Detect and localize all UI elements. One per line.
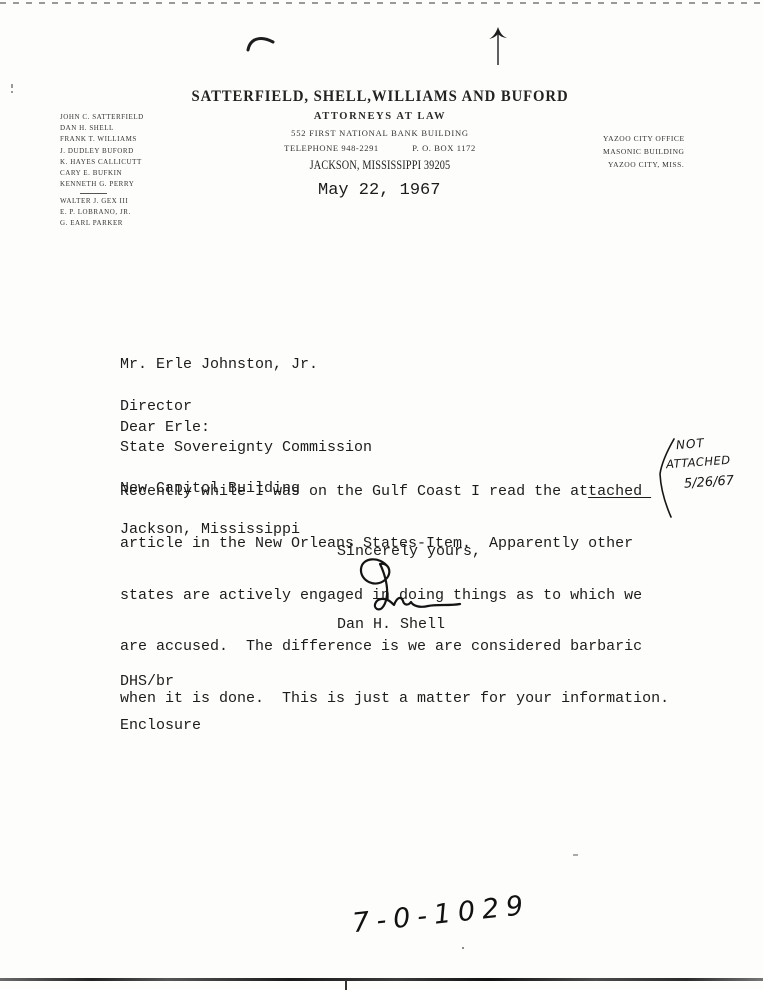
annotation-date: 5/26/67 [684,473,735,491]
attorney-name: G. EARL PARKER [60,218,200,229]
letterhead: SATTERFIELD, SHELL,WILLIAMS AND BUFORD A… [150,88,610,173]
document-number: 7-0-1029 [351,890,532,939]
scan-speck [462,947,464,949]
scanned-letter-page: JOHN C. SATTERFIELD DAN H. SHELL FRANK T… [0,0,763,990]
scan-top-dashed-edge [0,2,763,4]
roster-divider [80,193,107,194]
annotation-line: NOT [675,436,705,452]
firm-tagline: ATTORNEYS AT LAW [150,111,610,122]
letter-date: May 22, 1967 [318,181,440,200]
attorney-roster-secondary: WALTER J. GEX III E. P. LOBRANO, JR. G. … [60,196,200,228]
attorney-name: E. P. LOBRANO, JR. [60,207,200,218]
body-line: Recently while I was on the Gulf Coast I… [120,483,669,500]
scan-bottom-edge [0,978,763,981]
branch-office-line: YAZOO CITY, MISS. [603,158,685,171]
firm-name: SATTERFIELD, SHELL,WILLIAMS AND BUFORD [168,88,591,106]
signer-name: Dan H. Shell [337,616,445,633]
body-line: are accused. The difference is we are co… [120,638,669,655]
scan-speck [573,854,578,856]
signature-scrawl [346,555,466,617]
pen-arc-mark [245,34,277,54]
firm-address: 552 FIRST NATIONAL BANK BUILDING [150,128,610,138]
scan-bottom-tick [345,980,347,990]
attorney-name: KENNETH G. PERRY [60,179,200,190]
recipient-line: Director [120,400,372,414]
salutation: Dear Erle: [120,419,210,436]
body-line1-prefix: Recently while I was on the Gulf Coast I… [120,483,588,500]
attorney-name: WALTER J. GEX III [60,196,200,207]
enclosure-note: Enclosure [120,719,201,734]
branch-office-line: YAZOO CITY OFFICE [603,132,685,145]
recipient-line: Mr. Erle Johnston, Jr. [120,358,372,372]
scan-speck [11,91,13,93]
scan-speck [11,84,13,88]
footer-block: DHS/br Enclosure [120,645,201,763]
branch-office-block: YAZOO CITY OFFICE MASONIC BUILDING YAZOO… [603,132,685,171]
firm-telephone: TELEPHONE 948-2291 [284,143,379,153]
branch-office-line: MASONIC BUILDING [603,145,685,158]
firm-city-line: JACKSON, MISSISSIPPI 39205 [191,158,568,173]
typist-initials: DHS/br [120,675,201,690]
annotation-bracket-mark [654,436,678,520]
firm-po-box: P. O. BOX 1172 [412,143,476,153]
body-line1-underlined-word: tached [588,483,651,500]
firm-contact-row: TELEPHONE 948-2291 P. O. BOX 1172 [150,143,610,153]
annotation-line: ATTACHED [666,453,732,471]
body-line: when it is done. This is just a matter f… [120,690,669,707]
up-arrow-mark [488,25,510,67]
